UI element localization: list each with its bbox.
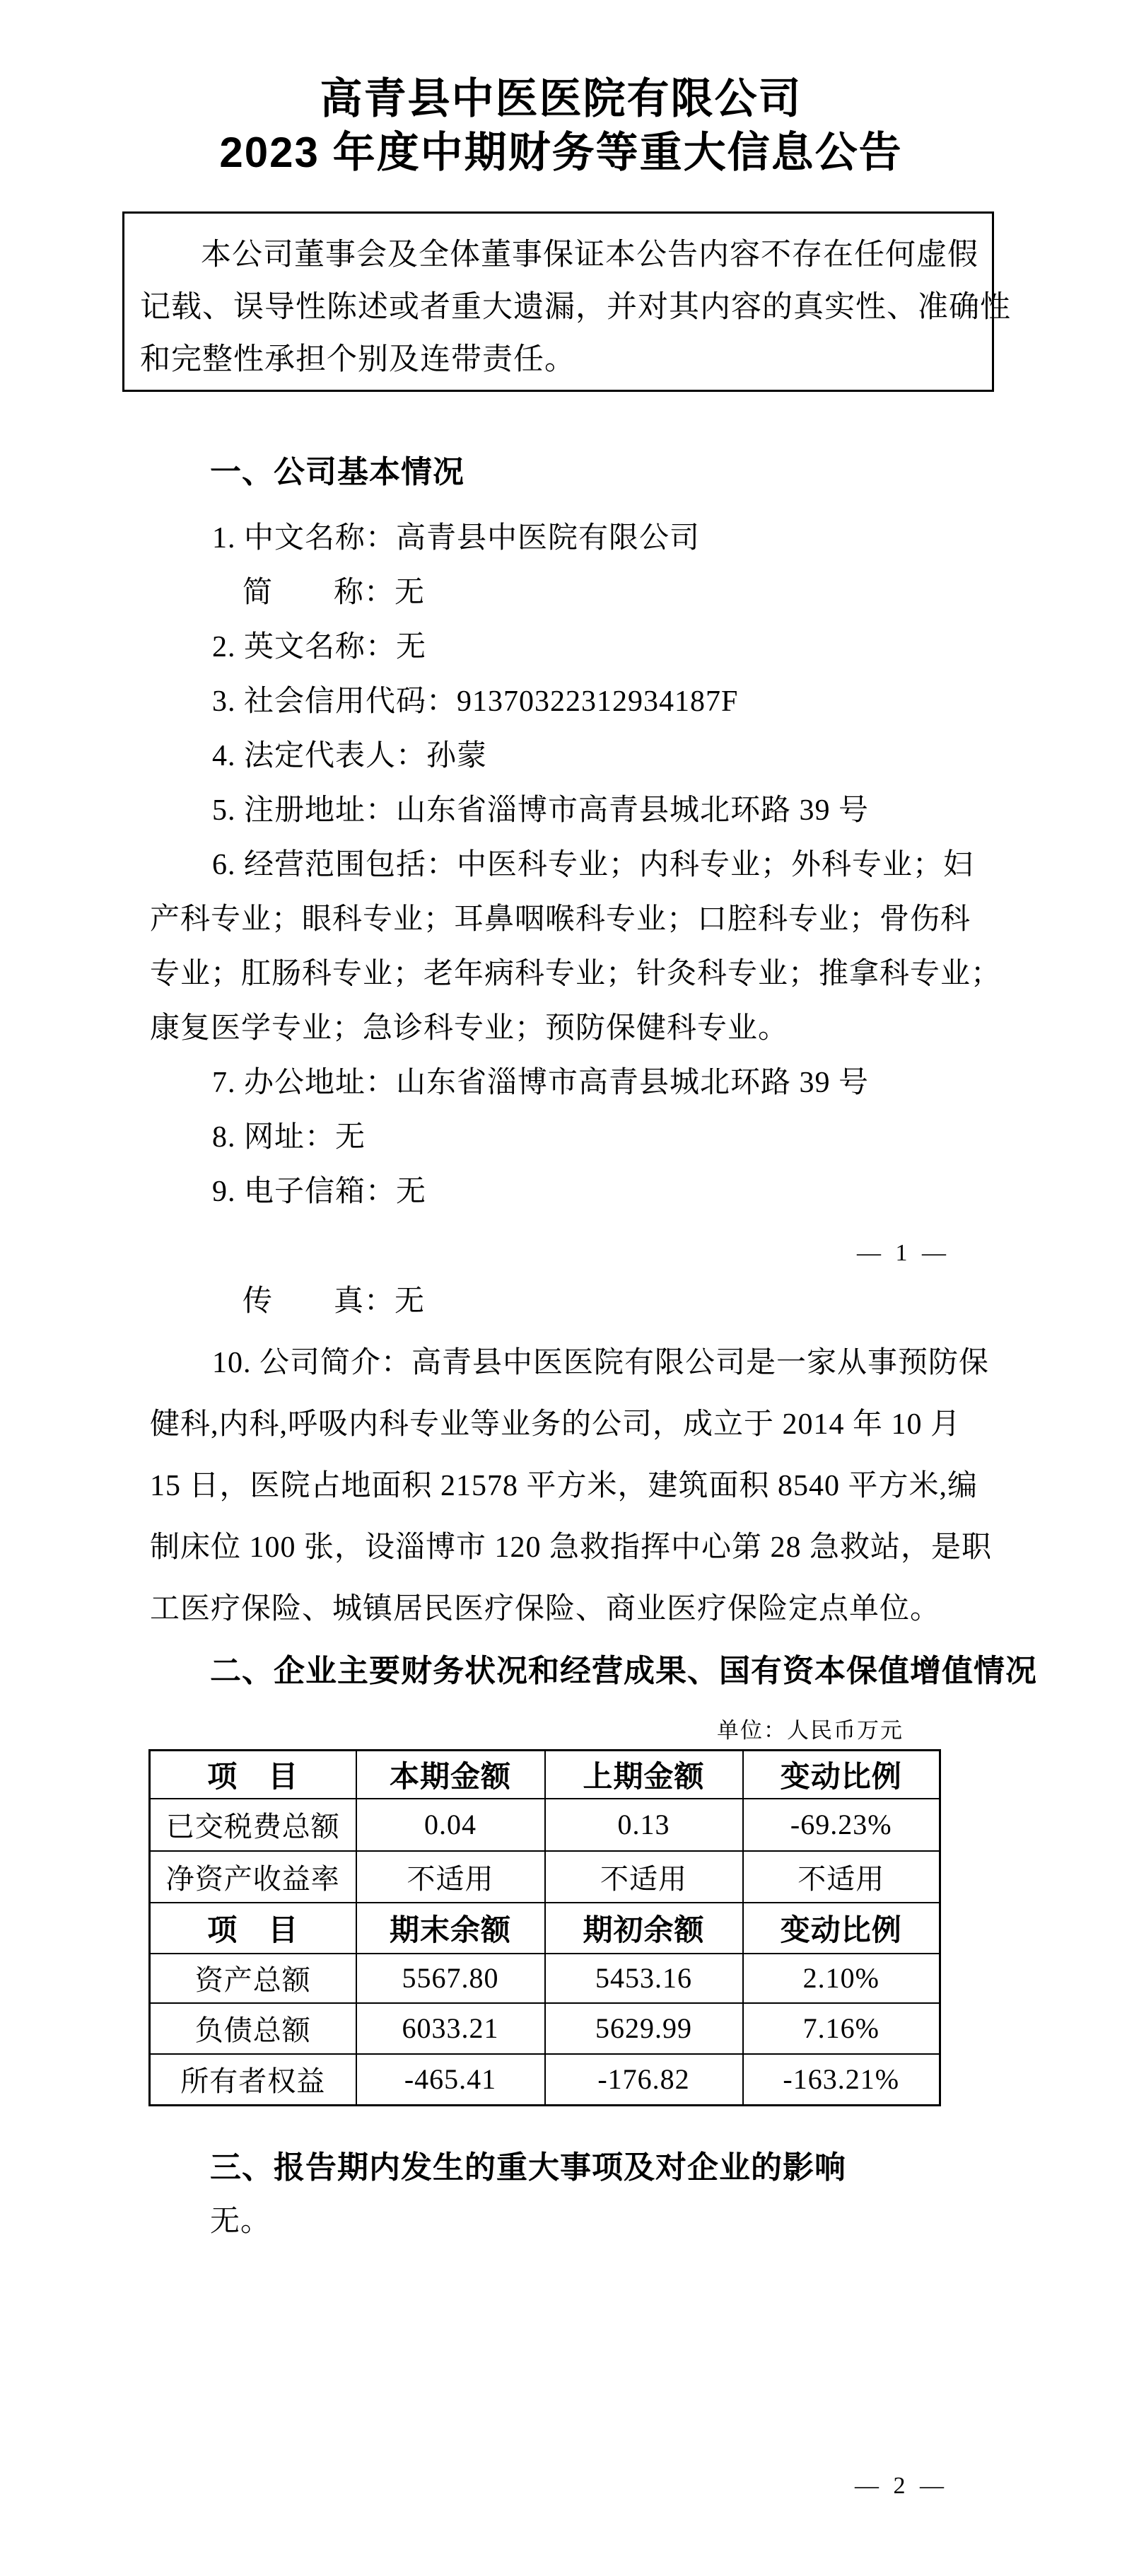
page-number-2: — 2 — xyxy=(810,2469,993,2503)
table-header-cell: 项 目 xyxy=(150,1903,356,1954)
table-cell: -465.41 xyxy=(356,2054,545,2106)
table-row-owners-equity: 所有者权益 -465.41 -176.82 -163.21% xyxy=(150,2054,940,2106)
table-cell: -69.23% xyxy=(743,1799,940,1851)
table-cell: 5567.80 xyxy=(356,1954,545,2003)
disclaimer-box: 本公司董事会及全体董事保证本公告内容不存在任何虚假 记载、误导性陈述或者重大遗漏… xyxy=(122,211,994,392)
document-title-subject: 2023 年度中期财务等重大信息公告 xyxy=(0,127,1122,178)
body-line-company-profile: 制床位 100 张，设淄博市 120 急救指挥中心第 28 急救站，是职 xyxy=(150,1517,1005,1579)
body-line-legal-rep: 4. 法定代表人：孙蒙 xyxy=(150,729,1005,784)
body-line-email: 9. 电子信箱：无 xyxy=(150,1165,1005,1219)
table-header-cell: 本期金额 xyxy=(356,1751,545,1799)
disclaimer-line: 和完整性承担个别及连带责任。 xyxy=(124,334,992,386)
body-line-business-scope: 6. 经营范围包括：中医科专业；内科专业；外科专业；妇 xyxy=(150,838,1005,893)
table-cell: -163.21% xyxy=(743,2054,940,2106)
body-line-chinese-name: 1. 中文名称：高青县中医院有限公司 xyxy=(150,511,1005,566)
table-cell: 2.10% xyxy=(743,1954,940,2003)
table-cell: 不适用 xyxy=(356,1851,545,1903)
section2-heading: 二、企业主要财务状况和经营成果、国有资本保值增值情况 xyxy=(210,1646,1037,1697)
body-line-english-name: 2. 英文名称：无 xyxy=(150,620,1005,675)
table-cell: 5629.99 xyxy=(545,2003,743,2054)
table-header-row: 项 目 本期金额 上期金额 变动比例 xyxy=(150,1751,940,1799)
body-line-fax: 传 真：无 xyxy=(150,1271,1005,1333)
table-header-cell: 变动比例 xyxy=(743,1903,940,1954)
table-header-cell: 项 目 xyxy=(150,1751,356,1799)
table-cell: 6033.21 xyxy=(356,2003,545,2054)
section1-body: 1. 中文名称：高青县中医院有限公司 简 称：无 2. 英文名称：无 3. 社会… xyxy=(150,511,1005,1219)
table-header-row: 项 目 期末余额 期初余额 变动比例 xyxy=(150,1903,940,1954)
table-header-cell: 期初余额 xyxy=(545,1903,743,1954)
table-cell: -176.82 xyxy=(545,2054,743,2106)
body-line-business-scope: 产科专业；眼科专业；耳鼻咽喉科专业；口腔科专业；骨伤科 xyxy=(150,893,1005,947)
table-cell: 不适用 xyxy=(545,1851,743,1903)
table-header-cell: 期末余额 xyxy=(356,1903,545,1954)
body-line-office-address: 7. 办公地址：山东省淄博市高青县城北环路 39 号 xyxy=(150,1056,1005,1110)
table-cell: 净资产收益率 xyxy=(150,1851,356,1903)
disclaimer-line: 本公司董事会及全体董事保证本公告内容不存在任何虚假 xyxy=(124,229,992,282)
section1-heading: 一、公司基本情况 xyxy=(210,447,464,498)
financial-table: 项 目 本期金额 上期金额 变动比例 已交税费总额 0.04 0.13 -69.… xyxy=(148,1749,941,2106)
table-header-cell: 变动比例 xyxy=(743,1751,940,1799)
body-line-short-name: 简 称：无 xyxy=(150,566,1005,620)
body-line-reg-address: 5. 注册地址：山东省淄博市高青县城北环路 39 号 xyxy=(150,784,1005,838)
table-cell: 0.13 xyxy=(545,1799,743,1851)
body-line-company-profile: 15 日，医院占地面积 21578 平方米，建筑面积 8540 平方米,编 xyxy=(150,1456,1005,1517)
body-line-business-scope: 专业；肛肠科专业；老年病科专业；针灸科专业；推拿科专业； xyxy=(150,947,1005,1002)
document-page: 高青县中医医院有限公司 2023 年度中期财务等重大信息公告 本公司董事会及全体… xyxy=(0,0,1122,2576)
table-unit-note: 单位：人民币万元 xyxy=(148,1718,939,1744)
table-cell: 负债总额 xyxy=(150,2003,356,2054)
table-cell: 5453.16 xyxy=(545,1954,743,2003)
table-cell: 不适用 xyxy=(743,1851,940,1903)
body-line-credit-code: 3. 社会信用代码：91370322312934187F xyxy=(150,675,1005,729)
table-row-roe: 净资产收益率 不适用 不适用 不适用 xyxy=(150,1851,940,1903)
table-cell: 资产总额 xyxy=(150,1954,356,2003)
document-title-company: 高青县中医医院有限公司 xyxy=(0,74,1122,124)
section3-body: 无。 xyxy=(210,2206,271,2237)
body-line-website: 8. 网址：无 xyxy=(150,1110,1005,1165)
page-number-1: — 1 — xyxy=(812,1236,995,1270)
table-cell: 7.16% xyxy=(743,2003,940,2054)
section1-body-continued: 传 真：无 10. 公司简介：高青县中医医院有限公司是一家从事预防保 健科,内科… xyxy=(150,1271,1005,1640)
disclaimer-line: 记载、误导性陈述或者重大遗漏，并对其内容的真实性、准确性 xyxy=(124,282,992,334)
table-cell: 已交税费总额 xyxy=(150,1799,356,1851)
body-line-company-profile: 工医疗保险、城镇居民医疗保险、商业医疗保险定点单位。 xyxy=(150,1579,1005,1640)
section3-heading: 三、报告期内发生的重大事项及对企业的影响 xyxy=(210,2142,846,2193)
body-line-business-scope: 康复医学专业；急诊科专业；预防保健科专业。 xyxy=(150,1002,1005,1056)
table-cell: 0.04 xyxy=(356,1799,545,1851)
table-row-taxes-paid: 已交税费总额 0.04 0.13 -69.23% xyxy=(150,1799,940,1851)
body-line-company-profile: 健科,内科,呼吸内科专业等业务的公司，成立于 2014 年 10 月 xyxy=(150,1394,1005,1456)
body-line-company-profile: 10. 公司简介：高青县中医医院有限公司是一家从事预防保 xyxy=(150,1333,1005,1394)
table-header-cell: 上期金额 xyxy=(545,1751,743,1799)
table-row-total-liabilities: 负债总额 6033.21 5629.99 7.16% xyxy=(150,2003,940,2054)
table-row-total-assets: 资产总额 5567.80 5453.16 2.10% xyxy=(150,1954,940,2003)
table-cell: 所有者权益 xyxy=(150,2054,356,2106)
